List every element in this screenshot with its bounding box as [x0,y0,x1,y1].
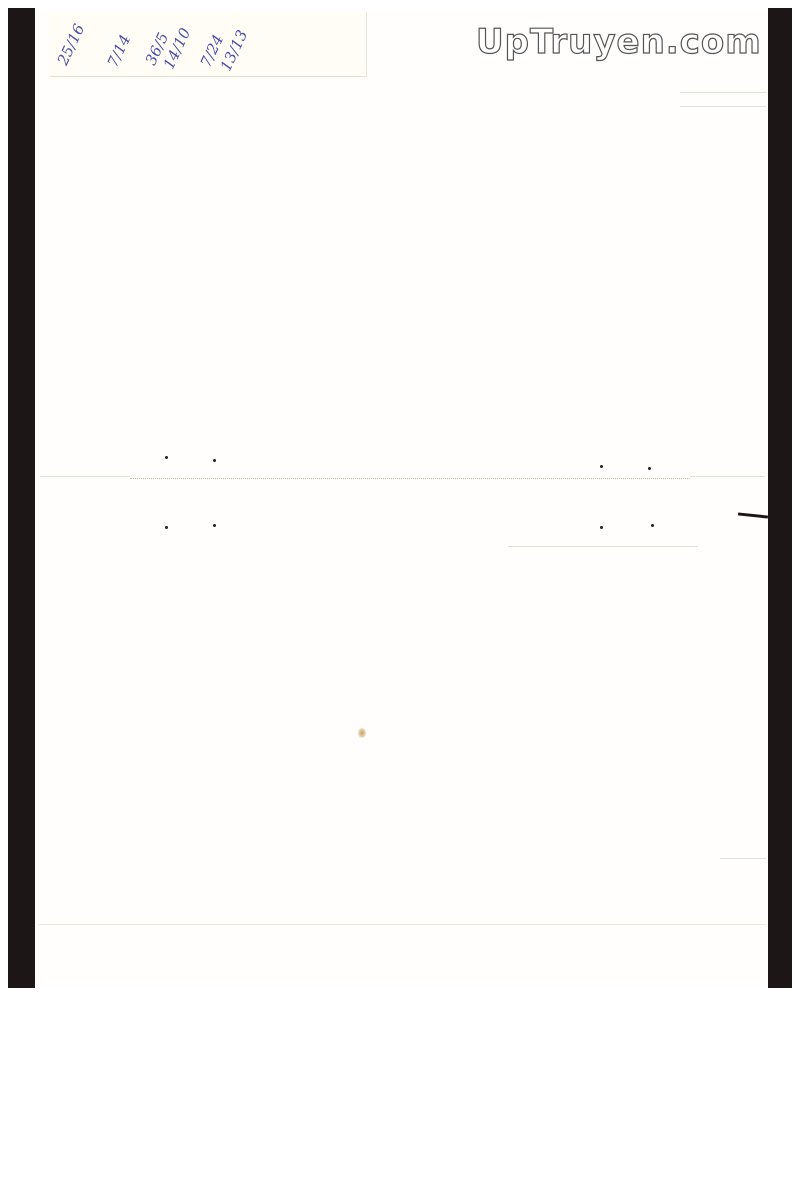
punch-mark [213,524,216,527]
scan-border-right [768,8,792,988]
scan-line [690,476,765,477]
scan-line [680,92,766,93]
paper-page [35,8,768,988]
scan-border-left [8,8,35,988]
punch-mark [213,459,216,462]
punch-mark [648,467,651,470]
watermark: UpTruyen.com [476,22,762,62]
handwritten-notes: 25/16 7/14 36/5 14/10 7/24 13/13 [58,12,258,76]
fold-crease [130,478,690,485]
punch-mark [165,456,168,459]
stain-mark [358,728,366,738]
punch-mark [600,526,603,529]
note-1: 25/16 [54,21,89,68]
punch-mark [165,526,168,529]
note-2: 7/14 [104,32,135,70]
punch-mark [600,465,603,468]
punch-mark [651,524,654,527]
scan-line [38,924,766,925]
scan-line [508,546,698,547]
scan-line [40,476,130,477]
scan-line [720,858,766,859]
scan-line [680,106,766,107]
